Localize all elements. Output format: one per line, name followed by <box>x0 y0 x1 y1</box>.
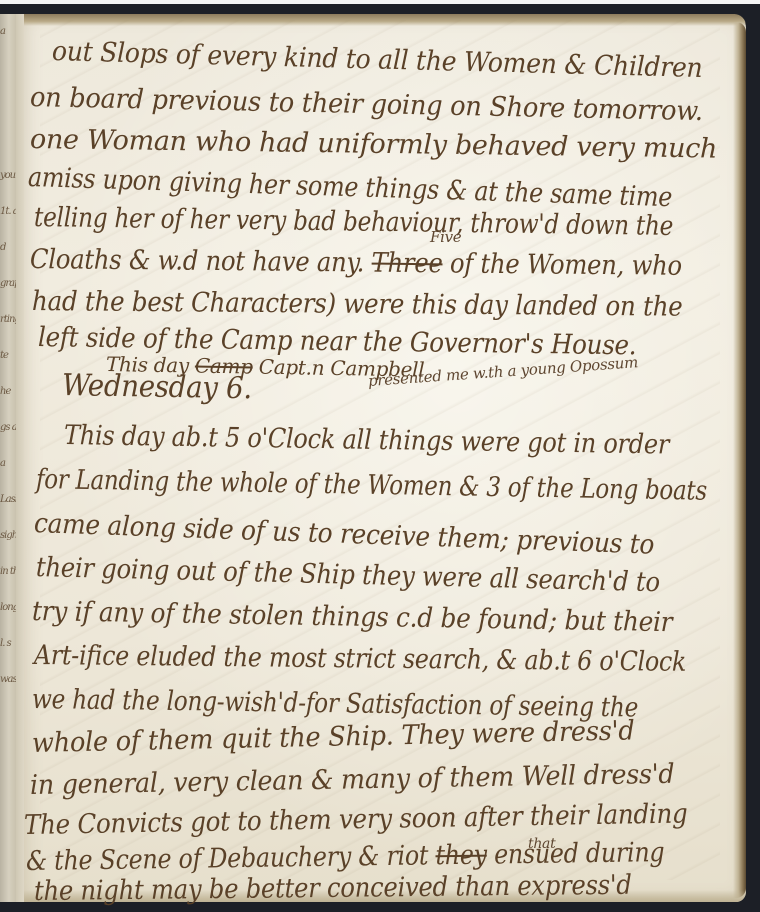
facing-page-margin-text: a you 1t. a d graph rting te he gs a a L… <box>0 14 16 902</box>
facing-page-edge: a you 1t. a d graph rting te he gs a a L… <box>0 14 17 902</box>
insertion-that: that <box>528 836 555 852</box>
line-21-text-after: ensued during <box>494 837 665 870</box>
struck-word-they: they <box>435 840 487 872</box>
line-6-text-after: of the Women, who <box>450 248 682 281</box>
page-top-edge <box>24 14 746 26</box>
page-right-edge <box>733 22 746 898</box>
line-6-text-before: Cloaths & w.d not have any. <box>30 244 364 278</box>
manuscript-line-7: had the best Characters) were this day l… <box>32 286 683 323</box>
struck-word-three: Three <box>371 248 442 280</box>
manuscript-line-22: the night may be better conceived than e… <box>34 870 632 907</box>
insertion-five: Five <box>430 228 461 246</box>
entry-heading-wednesday-6: Wednesday 6. <box>62 368 252 406</box>
